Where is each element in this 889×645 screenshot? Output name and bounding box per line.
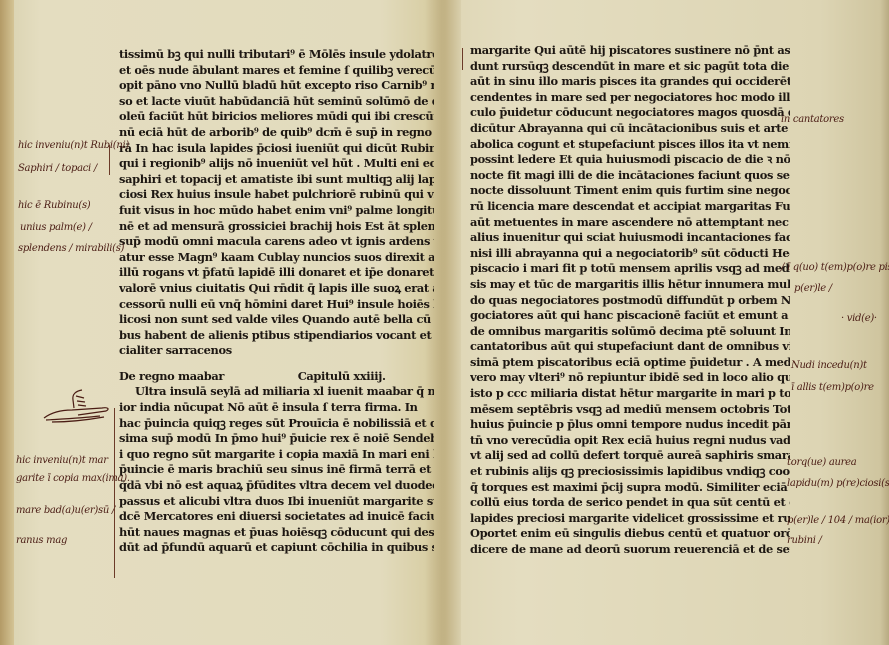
- text-line: sup̄ modū omni macula carens adeo vt ign…: [119, 234, 434, 250]
- text-line: tissimū bꝫ qui nulli tributari⁹ ē Mōlēs …: [119, 47, 434, 63]
- text-line: p̄uincie ē maris brachiū seu sinus inē f…: [119, 462, 434, 478]
- text-line: aūt metuentes in mare ascendere nō attem…: [470, 215, 790, 231]
- chapter-number: Capitulū xxiiij.: [298, 369, 386, 383]
- text-line: et oēs nude ābulant mares et femine ſ qu…: [119, 63, 434, 79]
- left-page: tissimū bꝫ qui nulli tributari⁹ ē Mōlēs …: [14, 0, 425, 645]
- text-line: q̄ torques est maximi p̄cij supra modū. …: [470, 480, 790, 496]
- text-line: dicūtur Abrayanna qui cū incātacionibus …: [470, 121, 790, 137]
- text-line: i quo regno sūt margarite i copia maxiā …: [119, 447, 434, 463]
- text-line: alius inuenitur qui sciat huiusmodi inca…: [470, 230, 790, 246]
- text-line: hūt naues magnas et p̄uas hoiēsqꝫ cōducu…: [119, 525, 434, 541]
- marginal-note: mare bad(a)u(er)sū /: [16, 505, 115, 516]
- marginal-note: Saphiri / topaci /: [18, 163, 97, 174]
- marginal-note: / ī q(uo) t(em)p(o)re pisca: [781, 262, 889, 273]
- text-line: oleū faciūt hūt biricios meliores mūdi q…: [119, 109, 434, 125]
- text-line: dūt ad p̄fundū aquarū et capiunt cōchili…: [119, 540, 434, 556]
- margin-bracket: [462, 48, 463, 70]
- text-line: cialiter sarracenos: [119, 343, 434, 359]
- text-line: qui i regionib⁹ alijs nō inueniūt vel hū…: [119, 156, 434, 172]
- text-line: dcē Mercatores eni diuersi societates ad…: [119, 509, 434, 525]
- text-line: margarite Qui aūtē hij piscatores sustin…: [470, 43, 790, 59]
- text-line: mēsem septēbris vsqꝫ ad mediū mensem oct…: [470, 402, 790, 418]
- text-line: aūt in sinu illo maris pisces ita grande…: [470, 74, 790, 90]
- text-line: cendentes in mare sed per negociatores h…: [470, 90, 790, 106]
- marginal-note: splendens / mirabili(s): [18, 243, 124, 254]
- right-text-column: margarite Qui aūtē hij piscatores sustin…: [470, 43, 790, 558]
- marginal-note: Nudi incedu(n)t: [791, 360, 867, 371]
- text-line: rā In hac isula lapides p̄ciosi iueniūt …: [119, 141, 434, 157]
- text-line: gociatores aūt qui hanc piscacionē faciū…: [470, 308, 790, 324]
- right-page: margarite Qui aūtē hij piscatores sustin…: [461, 0, 889, 645]
- text-line: dicere de mane ad deorū suorum reuerenci…: [470, 542, 790, 558]
- text-line: fuit visus in hoc mūdo habet enim vni⁹ p…: [119, 203, 434, 219]
- text-line: saphiri et topacij et amatiste ibi sunt …: [119, 172, 434, 188]
- text-line: dunt rursūqꝫ descendūt in mare et sic pa…: [470, 59, 790, 75]
- text-line: nū eciā hūt de arborib⁹ de quib⁹ dcm̄ ē …: [119, 125, 434, 141]
- text-line: passus et alicubi vltra duos Ibi inueniū…: [119, 494, 434, 510]
- text-line: simā ptem piscatoribus eciā optime p̄uid…: [470, 355, 790, 371]
- marginal-note: ranus mag: [16, 535, 67, 546]
- marginal-note: ī allis t(em)p(o)re: [791, 382, 874, 393]
- text-line: nisi illi abrayanna qui a negociatorib⁹ …: [470, 246, 790, 262]
- text-line: hac p̄uincia quiqꝫ reges sūt Prouīcia ē …: [119, 416, 434, 432]
- text-line: de omnibus margaritis solūmō decima ptē …: [470, 324, 790, 340]
- text-line: so et lacte viuūt habūdanciā hūt seminū …: [119, 94, 434, 110]
- marginal-note: p(er)le /: [794, 283, 832, 294]
- text-line: lapides preciosi margarite videlicet gro…: [470, 511, 790, 527]
- text-line: isto p ccc miliaria distat hētur margari…: [470, 386, 790, 402]
- text-line: rū licencia mare descendat et accipiat m…: [470, 199, 790, 215]
- manicule-icon: [42, 388, 112, 428]
- text-line: nocte fit magi illi de die incātaciones …: [470, 168, 790, 184]
- text-line: nocte dissoluunt Timent enim quis furtim…: [470, 183, 790, 199]
- text-line: licosi non sunt sed valde viles Quando a…: [119, 312, 434, 328]
- text-line: q̄dā vbi nō est aquaꝝ p̄fūdites vltra de…: [119, 478, 434, 494]
- margin-bracket: [114, 408, 115, 578]
- text-line: sis may et tūc de margaritis illis hētur…: [470, 277, 790, 293]
- text-line: atur esse Magn⁹ kaam Cublay nuncios suos…: [119, 250, 434, 266]
- margin-bracket: [109, 145, 110, 175]
- marginal-note: hic inveniu(n)t Rubi(ni): [18, 140, 129, 151]
- text-line: opit pāno vno Nullū bladū hūt excepto ri…: [119, 78, 434, 94]
- marginal-note: garite ī copia max(ima).: [16, 473, 130, 484]
- text-line: Ultra insulā seylā ad miliaria xl iuenit…: [119, 384, 434, 400]
- text-line: do quas negociatores postmodū diffundūt …: [470, 293, 790, 309]
- marginal-note: rubini /: [787, 535, 822, 546]
- chapter-heading: De regno maabar Capitulū xxiiij.: [119, 369, 434, 385]
- text-line: Oportet enim eū singulis diebus centū et…: [470, 526, 790, 542]
- marginal-note: in cantatores: [781, 114, 844, 125]
- text-line: collū eius torda de serico pendet in qua…: [470, 495, 790, 511]
- chapter-title: De regno maabar: [119, 369, 224, 383]
- text-line: culo p̄uidetur cōducunt negociatores mag…: [470, 105, 790, 121]
- text-line: bus habent de alienis ptibus stipendiari…: [119, 328, 434, 344]
- text-line: piscacio i mari fit p totū mensem aprili…: [470, 261, 790, 277]
- text-line: cessorū nulli eū vnq̄ hōmini daret Hui⁹ …: [119, 297, 434, 313]
- marginal-note: p(er)le / 104 / ma(ior): [787, 515, 889, 526]
- text-line: ior india nūcupat Nō aūt ē insula ſ terr…: [119, 400, 434, 416]
- text-line: illū rogans vt p̄fatū lapidē illi donare…: [119, 265, 434, 281]
- text-line: tn̄ vno verecūdia opit Rex eciā huius re…: [470, 433, 790, 449]
- text-line: abolica cogunt et stupefaciunt pisces il…: [470, 137, 790, 153]
- text-line: huius p̄uincie p p̄lus omni tempore nudu…: [470, 417, 790, 433]
- left-text-column: tissimū bꝫ qui nulli tributari⁹ ē Mōlēs …: [119, 47, 434, 556]
- text-line: cantatoribus aūt qui stupefaciunt dant d…: [470, 339, 790, 355]
- marginal-note: torq(ue) aurea: [787, 457, 856, 468]
- marginal-note: hic ē Rubinu(s): [18, 200, 90, 211]
- text-line: valorē vnius ciuitatis Qui rn̄dit q̄ lap…: [119, 281, 434, 297]
- text-line: ciosi Rex huius insule habet pulchriorē …: [119, 187, 434, 203]
- marginal-note: hic inveniu(n)t mar: [16, 455, 108, 466]
- text-line: possint ledere Et quia huiusmodi piscaci…: [470, 152, 790, 168]
- marginal-note: unius palm(e) /: [20, 222, 92, 233]
- page-edge: [0, 0, 14, 645]
- text-line: vt alij sed ad collū defert torquē aureā…: [470, 448, 790, 464]
- marginal-note: lapidu(m) p(re)ciosi(ssi)m(o): [787, 478, 889, 489]
- text-line: et rubinis alijs qꝫ preciosissimis lapid…: [470, 464, 790, 480]
- marginal-note: · vid(e)·: [841, 313, 877, 324]
- text-line: vero may vlteri⁹ nō repiuntur ibidē sed …: [470, 370, 790, 386]
- text-line: sima sup̄ modū In p̄mo hui⁹ p̄uicie rex …: [119, 431, 434, 447]
- text-line: nē et ad mensurā grossiciei brachij hois…: [119, 219, 434, 235]
